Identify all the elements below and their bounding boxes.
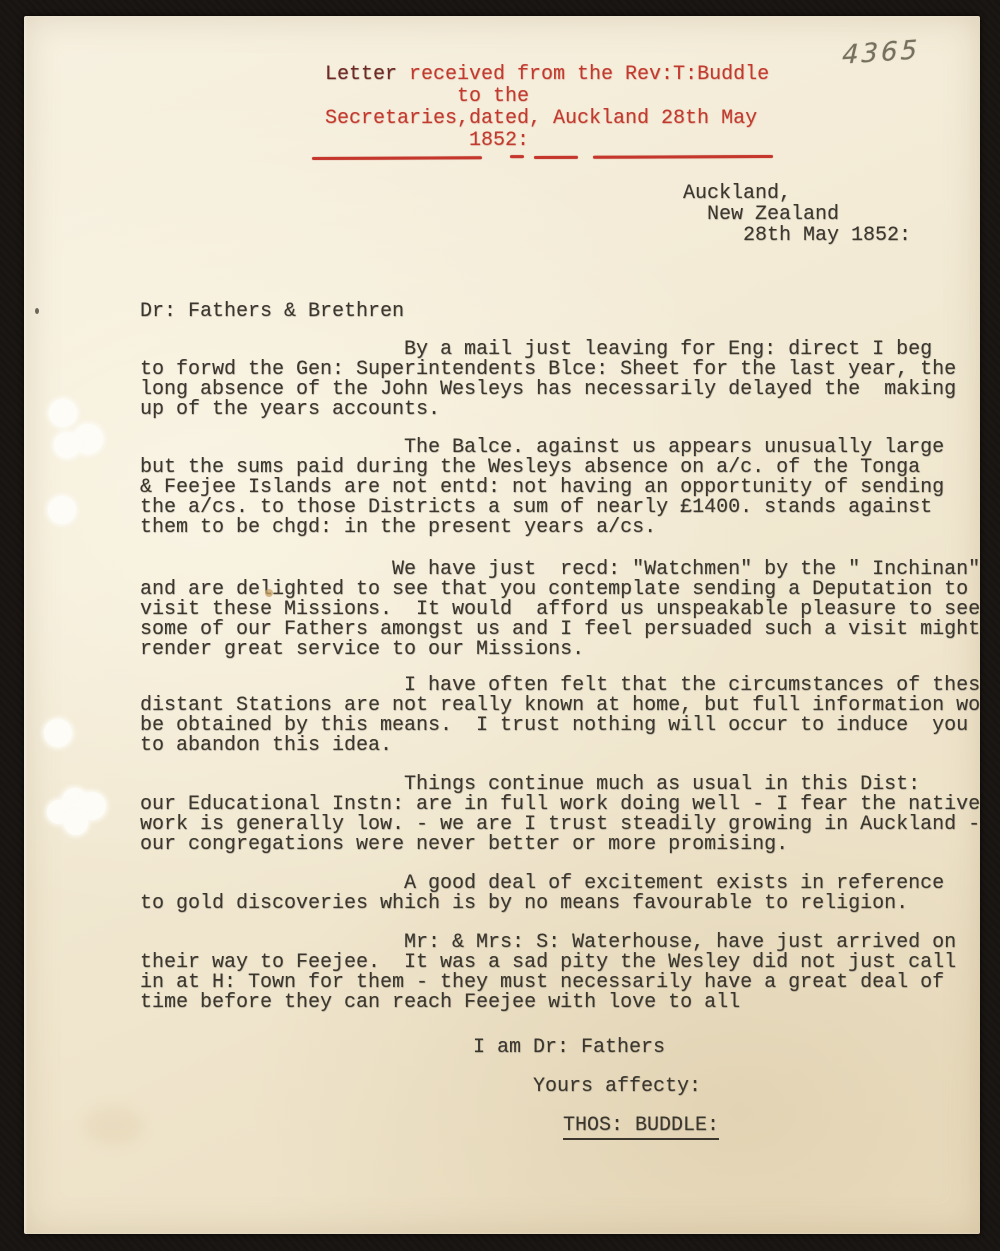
paragraph-3: We have just recd: "Watchmen" by the " I… [140, 560, 980, 660]
header-underline-segment [312, 156, 482, 160]
punch-hole [48, 496, 76, 524]
letter-header: Letter received from the Rev:T:Buddle to… [325, 64, 769, 152]
punch-hole [54, 432, 80, 458]
header-underline [312, 155, 773, 160]
header-underline-segment [593, 155, 773, 159]
header-underline-segment [510, 155, 524, 158]
stain-spot [265, 589, 273, 597]
paragraph-2: The Balce. against us appears unusually … [140, 438, 944, 538]
closing-line-2: Yours affecty: [533, 1077, 701, 1097]
salutation: Dr: Fathers & Brethren [140, 302, 404, 322]
paragraph-1: By a mail just leaving for Eng: direct I… [140, 340, 956, 420]
paragraph-4: I have often felt that the circumstances… [140, 676, 980, 756]
stain-spot [84, 1106, 144, 1146]
header-first-word: Letter [325, 63, 397, 86]
header-underline-segment [534, 155, 578, 158]
archive-number-handwritten: 4365 [842, 35, 921, 71]
paragraph-5: Things continue much as usual in this Di… [140, 775, 980, 855]
closing-line-1: I am Dr: Fathers [473, 1038, 665, 1058]
punch-hole [49, 399, 77, 427]
scan-background: 4365 Letter received from the Rev:T:Budd… [0, 0, 1000, 1251]
letter-paper: 4365 Letter received from the Rev:T:Budd… [24, 16, 980, 1234]
punch-hole [44, 719, 72, 747]
signature: THOS: BUDDLE: [563, 1116, 719, 1140]
paragraph-7: Mr: & Mrs: S: Waterhouse, have just arri… [140, 933, 956, 1013]
dateline: Auckland, New Zealand 28th May 1852: [683, 183, 911, 246]
punch-hole [64, 811, 88, 835]
ink-speck [35, 308, 39, 314]
paragraph-6: A good deal of excitement exists in refe… [140, 874, 944, 914]
